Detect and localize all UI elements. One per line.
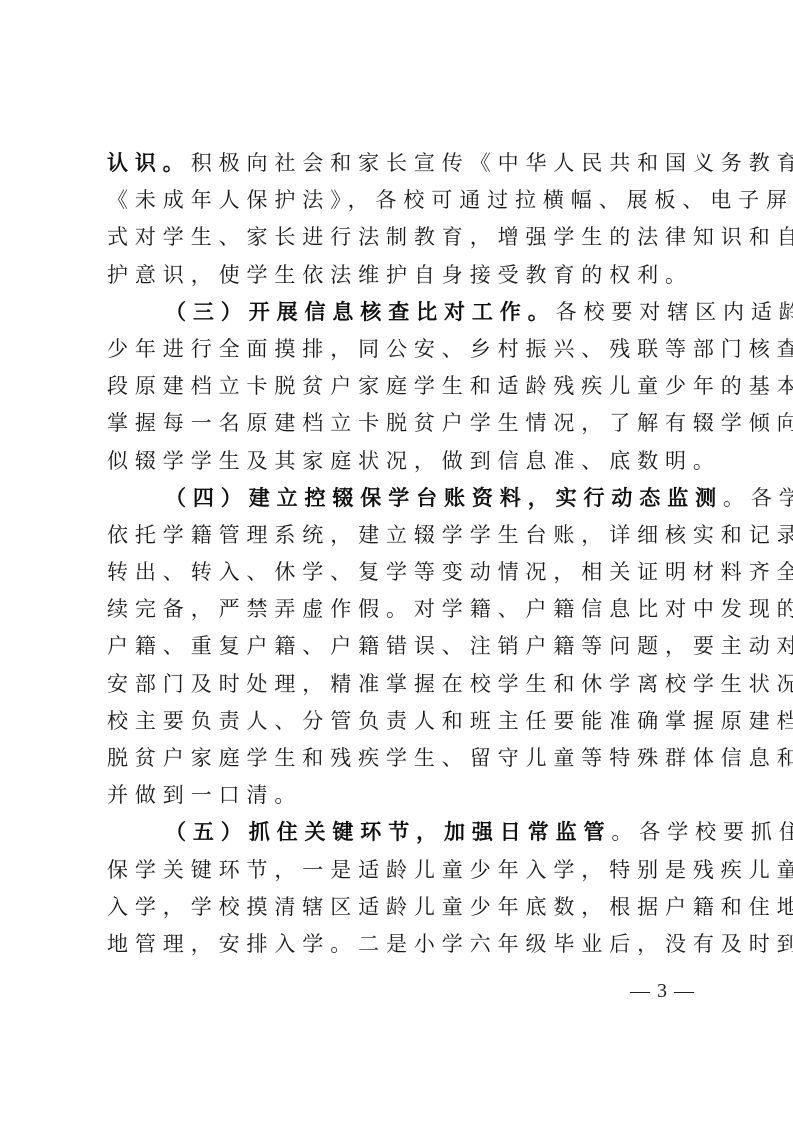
text-run: 《未成年人保护法》，各校可通过拉横幅、展板、电子屏等形 [107, 188, 793, 212]
text-run: 户籍、重复户籍、户籍错误、注销户籍等问题，要主动对接公 [107, 634, 793, 658]
text-run: 脱贫户家庭学生和残疾学生、留守儿童等特殊群体信息和数据， [107, 746, 793, 770]
section-heading: （五）抓住关键环节，加强日常监管 [165, 820, 611, 844]
text-line: 护意识，使学生依法维护自身接受教育的权利。 [107, 257, 689, 294]
text-line: 式对学生、家长进行法制教育，增强学生的法律知识和自我保 [107, 219, 689, 256]
text-run: 各校要对辖区内适龄儿童 [556, 300, 793, 324]
text-line: 续完备，严禁弄虚作假。对学籍、户籍信息比对中发现的空挂 [107, 591, 689, 628]
text-line: 并做到一口清。 [107, 777, 689, 814]
text-line: 《未成年人保护法》，各校可通过拉横幅、展板、电子屏等形 [107, 182, 689, 219]
text-line: 保学关键环节，一是适龄儿童少年入学，特别是残疾儿童少年 [107, 852, 689, 889]
text-run: 。各学校要 [723, 486, 793, 510]
text-run: 少年进行全面摸排，同公安、乡村振兴、残联等部门核查各学 [107, 337, 793, 361]
text-line: 户籍、重复户籍、户籍错误、注销户籍等问题，要主动对接公 [107, 628, 689, 665]
text-line: 认识。积极向社会和家长宣传《中华人民共和国义务教育法》 [107, 145, 689, 182]
text-run: 入学，学校摸清辖区适龄儿童少年底数，根据户籍和住地，属 [107, 895, 793, 919]
body-text: 认识。积极向社会和家长宣传《中华人民共和国义务教育法》 《未成年人保护法》，各校… [107, 145, 689, 963]
text-line: 地管理，安排入学。二是小学六年级毕业后，没有及时到初中 [107, 926, 689, 963]
text-run: 式对学生、家长进行法制教育，增强学生的法律知识和自我保 [107, 225, 793, 249]
bold-run: 认识。 [107, 151, 191, 175]
text-line: 转出、转入、休学、复学等变动情况，相关证明材料齐全，手 [107, 554, 689, 591]
text-run: 依托学籍管理系统，建立辍学学生台账，详细核实和记录学生 [107, 523, 793, 547]
section-heading-line: （三）开展信息核查比对工作。各校要对辖区内适龄儿童 [107, 294, 689, 331]
text-run: 保学关键环节，一是适龄儿童少年入学，特别是残疾儿童少年 [107, 858, 793, 882]
text-run: 安部门及时处理，精准掌握在校学生和休学离校学生状况。学 [107, 672, 793, 696]
text-line: 少年进行全面摸排，同公安、乡村振兴、残联等部门核查各学 [107, 331, 689, 368]
text-line: 段原建档立卡脱贫户家庭学生和适龄残疾儿童少年的基本信息， [107, 368, 689, 405]
page-number: — 3 — [630, 980, 695, 1003]
text-run: 掌握每一名原建档立卡脱贫户学生情况，了解有辍学倾向或疑 [107, 411, 793, 435]
text-line: 掌握每一名原建档立卡脱贫户学生情况，了解有辍学倾向或疑 [107, 405, 689, 442]
text-line: 安部门及时处理，精准掌握在校学生和休学离校学生状况。学 [107, 666, 689, 703]
text-line: 校主要负责人、分管负责人和班主任要能准确掌握原建档立卡 [107, 703, 689, 740]
section-heading-line: （四）建立控辍保学台账资料，实行动态监测。各学校要 [107, 480, 689, 517]
text-line: 似辍学学生及其家庭状况，做到信息准、底数明。 [107, 443, 689, 480]
text-run: 校主要负责人、分管负责人和班主任要能准确掌握原建档立卡 [107, 709, 793, 733]
document-page: 认识。积极向社会和家长宣传《中华人民共和国义务教育法》 《未成年人保护法》，各校… [0, 0, 793, 1122]
text-run: 地管理，安排入学。二是小学六年级毕业后，没有及时到初中 [107, 932, 793, 956]
section-heading-line: （五）抓住关键环节，加强日常监管。各学校要抓住控辍 [107, 814, 689, 851]
text-run: 并做到一口清。 [107, 783, 302, 807]
text-run: 似辍学学生及其家庭状况，做到信息准、底数明。 [107, 449, 721, 473]
text-line: 脱贫户家庭学生和残疾学生、留守儿童等特殊群体信息和数据， [107, 740, 689, 777]
text-run: 护意识，使学生依法维护自身接受教育的权利。 [107, 263, 693, 287]
text-line: 入学，学校摸清辖区适龄儿童少年底数，根据户籍和住地，属 [107, 889, 689, 926]
text-run: 。各学校要抓住控辍 [611, 820, 793, 844]
text-run: 积极向社会和家长宣传《中华人民共和国义务教育法》 [191, 151, 793, 175]
text-line: 依托学籍管理系统，建立辍学学生台账，详细核实和记录学生 [107, 517, 689, 554]
section-heading: （四）建立控辍保学台账资料，实行动态监测 [165, 486, 723, 510]
text-run: 段原建档立卡脱贫户家庭学生和适龄残疾儿童少年的基本信息， [107, 374, 793, 398]
text-run: 转出、转入、休学、复学等变动情况，相关证明材料齐全，手 [107, 560, 793, 584]
section-heading: （三）开展信息核查比对工作。 [165, 300, 556, 324]
text-run: 续完备，严禁弄虚作假。对学籍、户籍信息比对中发现的空挂 [107, 597, 793, 621]
